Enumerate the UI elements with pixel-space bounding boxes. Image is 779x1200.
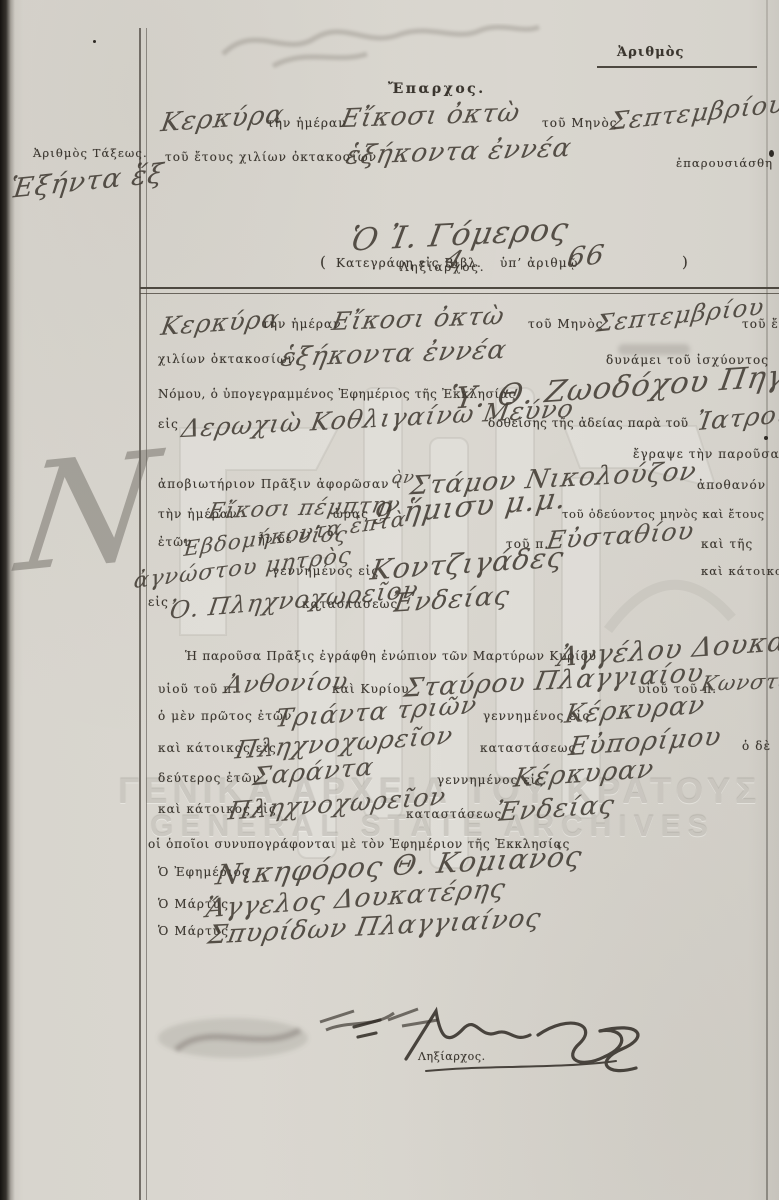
act-month-label: τοῦ Μηνὸς (528, 317, 604, 331)
witness1-status-label: καταστάσεως (480, 741, 576, 755)
witness2-father-entry: Κωνσταντίνου (699, 668, 779, 695)
witness2-status-label: καταστάσεως (406, 807, 502, 821)
margin-rule-inner (146, 28, 148, 1200)
registration-close-paren: ) (682, 253, 689, 271)
header-divider-lower (140, 293, 779, 295)
order-number-value: Ἑξήντα ἕξ (9, 160, 165, 203)
show-through-writing (215, 12, 545, 74)
act-status-label: καταστάσεως (302, 597, 398, 611)
header-month-label: τοῦ Μηνὸς (542, 116, 618, 130)
act-doctor-entry: Ἰατροῦ (695, 401, 779, 434)
header-divider-upper (140, 287, 779, 289)
act-at-label: εἰς (158, 417, 179, 431)
act-of-year-label: τοῦ ἔτους (742, 317, 779, 331)
page-edge-right-line (766, 0, 768, 1200)
act-resident-label: καὶ κάτοικος (701, 564, 779, 578)
ink-speck (764, 436, 768, 440)
header-day-label: τὴν ἡμέραν (267, 116, 347, 130)
ink-speck (769, 150, 774, 157)
header-month-entry: Σεπτεμβρίου (609, 91, 779, 134)
act-and-of-label: καὶ τῆς (701, 537, 753, 551)
ink-speck (93, 40, 96, 43)
act-year-thousand-label: χιλίων ὀκτακοσίων (158, 352, 296, 366)
witness2-age-label: δεύτερος ἐτῶν (158, 771, 261, 785)
registration-number-entry: 66 (566, 241, 607, 271)
scanned-register-page: ΓΕΝΙΚΑ ΑΡΧΕΙΑ ΤΟΥ ΚΡΑΤΟΥΣ GENERAL STATE … (0, 0, 779, 1200)
margin-rule-outer (139, 28, 141, 1200)
eparch-title: Ἔπαρχος. (388, 81, 486, 97)
order-number-label: Ἀριθμὸς Τάξεως. (33, 146, 148, 160)
witnesses-intro-label: Ἡ παροῦσα Πρᾶξις ἐγράφθη ἐνώπιον τῶν Μαρ… (185, 649, 597, 663)
witness1-age-label: ὁ μὲν πρῶτος ἐτῶν (158, 709, 292, 723)
act-was-label: ἦν δὲ (258, 533, 293, 546)
act-license-label: δοθείσης τῆς ἀδείας παρὰ τοῦ (488, 416, 689, 430)
header-day-entry: Εἴκοσι ὀκτὼ (339, 100, 523, 132)
registrar-signature-flourish (348, 995, 668, 1087)
record-number-label: Ἀριθμὸς (617, 45, 685, 60)
act-born-label: γεννημένος εἰς (272, 564, 379, 578)
act-died-label: ἀποθανόν (697, 478, 766, 492)
header-presented-label: ἐπαρουσιάσθη (676, 156, 773, 170)
act-year-entry: ἑξήκοντα ἐννέα (279, 337, 509, 371)
act-at2-label: εἰς (148, 595, 169, 609)
act-deed-label: ἀποβιωτήριον Πρᾶξιν ἀφορῶσαν τ (158, 477, 402, 491)
record-number-line (597, 66, 757, 68)
registration-open-paren: ( (320, 253, 327, 271)
header-year-entry: ἑξήκοντα ἐννέα (344, 135, 574, 169)
registrar-label: Ληξίαρχος. (418, 1050, 486, 1063)
act-day-label: τὴν ἡμέραν (262, 317, 342, 331)
witnesses-second-intro-label: ὁ δὲ (742, 739, 771, 753)
witnesses-and-mr-label: καὶ Κυρίου (332, 682, 410, 696)
act-day-entry: Εἴκοσι ὀκτὼ (330, 303, 507, 334)
